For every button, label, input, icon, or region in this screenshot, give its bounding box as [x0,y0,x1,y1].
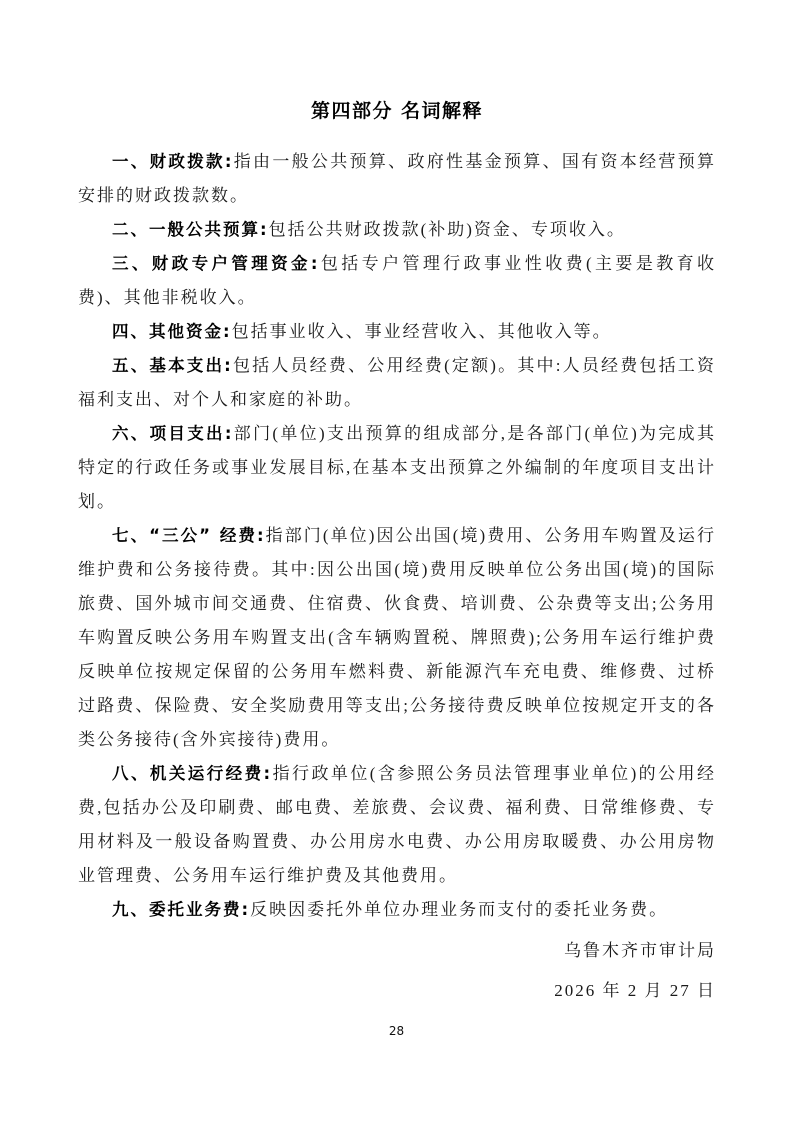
term-label: 九、委托业务费: [112,900,250,919]
signature-block: 乌鲁木齐市审计局 2026 年 2 月 27 日 [78,931,716,1011]
term-label: 七、“三公” 经费: [112,526,266,545]
term-paragraph: 四、其他资金:包括事业收入、事业经营收入、其他收入等。 [78,315,716,349]
signature-org: 乌鲁木齐市审计局 [78,931,716,971]
signature-date: 2026 年 2 月 27 日 [78,971,716,1011]
term-paragraph: 二、一般公共预算:包括公共财政拨款(补助)资金、专项收入。 [78,213,716,247]
term-paragraph: 一、财政拨款:指由一般公共预算、政府性基金预算、国有资本经营预算安排的财政拨款数… [78,145,716,213]
term-label: 八、机关运行经费: [112,764,272,783]
term-paragraph: 三、财政专户管理资金:包括专户管理行政事业性收费(主要是教育收费)、其他非税收入… [78,247,716,315]
term-label: 六、项目支出: [112,424,233,443]
page-title: 第四部分 名词解释 [78,96,716,123]
term-body: 反映因委托外单位办理业务而支付的委托业务费。 [250,900,668,919]
term-label: 四、其他资金: [112,322,232,341]
term-paragraph: 八、机关运行经费:指行政单位(含参照公务员法管理事业单位)的公用经费,包括办公及… [78,757,716,893]
term-body: 包括公共财政拨款(补助)资金、专项收入。 [269,220,626,239]
term-body: 指部门(单位)因公出国(境)费用、公务用车购置及运行维护费和公务接待费。其中:因… [78,526,716,749]
term-label: 一、财政拨款: [112,152,233,171]
term-label: 五、基本支出: [112,356,233,375]
document-page: 第四部分 名词解释 一、财政拨款:指由一般公共预算、政府性基金预算、国有资本经营… [0,0,793,1122]
page-number: 28 [389,1024,404,1038]
page-footer: 28 [0,1022,793,1040]
term-paragraph: 五、基本支出:包括人员经费、公用经费(定额)。其中:人员经费包括工资福利支出、对… [78,349,716,417]
term-paragraph: 七、“三公” 经费:指部门(单位)因公出国(境)费用、公务用车购置及运行维护费和… [78,519,716,757]
term-paragraph: 九、委托业务费:反映因委托外单位办理业务而支付的委托业务费。 [78,893,716,927]
term-label: 三、财政专户管理资金: [112,254,320,273]
term-body: 包括事业收入、事业经营收入、其他收入等。 [232,322,612,341]
term-paragraph: 六、项目支出:部门(单位)支出预算的组成部分,是各部门(单位)为完成其特定的行政… [78,417,716,519]
term-label: 二、一般公共预算: [112,220,269,239]
terms-section: 一、财政拨款:指由一般公共预算、政府性基金预算、国有资本经营预算安排的财政拨款数… [78,145,716,927]
